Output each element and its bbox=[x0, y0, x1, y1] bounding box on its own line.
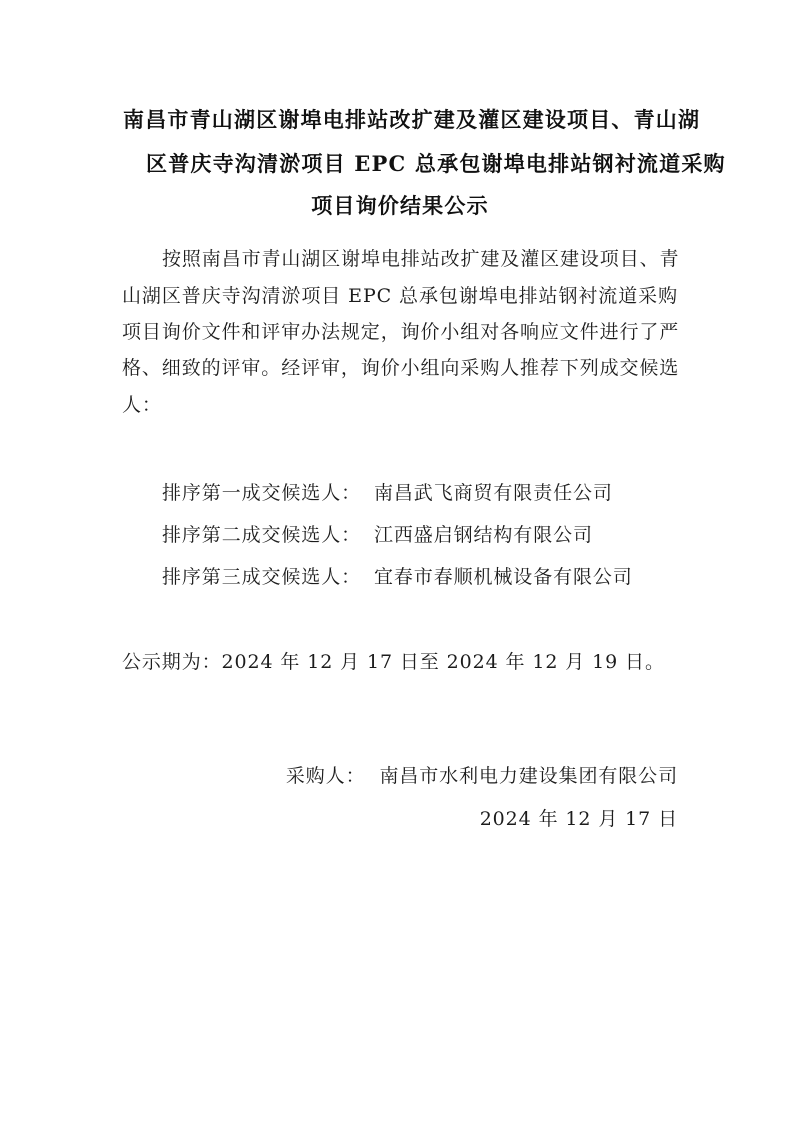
body-line-1: 按照南昌市青山湖区谢埠电排站改扩建及灌区建设项目、青 bbox=[162, 250, 678, 269]
title-line-2: 区普庆寺沟清淤项目 EPC 总承包谢埠电排站钢衬流道采购 bbox=[146, 153, 656, 174]
candidate-company-name: 南昌武飞商贸有限责任公司 bbox=[374, 484, 613, 503]
buyer-name: 南昌市水利电力建设集团有限公司 bbox=[379, 765, 678, 787]
buyer-label: 采购人： bbox=[286, 765, 366, 787]
buyer-signature: 采购人：南昌市水利电力建设集团有限公司 bbox=[286, 767, 678, 786]
body-line-5: 人： bbox=[122, 396, 162, 415]
title-line-1: 南昌市青山湖区谢埠电排站改扩建及灌区建设项目、青山湖 bbox=[123, 109, 680, 130]
signature-date: 2024 年 12 月 17 日 bbox=[480, 810, 678, 829]
candidate-rank-label: 排序第二成交候选人： bbox=[162, 526, 361, 545]
body-line-4: 格、细致的评审。经评审，询价小组向采购人推荐下列成交候选 bbox=[122, 359, 678, 378]
candidate-company-name: 宜春市春顺机械设备有限公司 bbox=[374, 568, 633, 587]
document-page: 南昌市青山湖区谢埠电排站改扩建及灌区建设项目、青山湖 区普庆寺沟清淤项目 EPC… bbox=[0, 0, 800, 1132]
notice-period: 公示期为：2024 年 12 月 17 日至 2024 年 12 月 19 日。 bbox=[122, 653, 665, 672]
candidate-company-name: 江西盛启钢结构有限公司 bbox=[374, 526, 593, 545]
candidate-rank-label: 排序第一成交候选人： bbox=[162, 484, 361, 503]
body-line-3: 项目询价文件和评审办法规定，询价小组对各响应文件进行了严 bbox=[122, 323, 678, 342]
body-line-2: 山湖区普庆寺沟清淤项目 EPC 总承包谢埠电排站钢衬流道采购 bbox=[122, 287, 678, 306]
title-line-3: 项目询价结果公示 bbox=[0, 195, 800, 216]
candidate-rank-label: 排序第三成交候选人： bbox=[162, 568, 361, 587]
